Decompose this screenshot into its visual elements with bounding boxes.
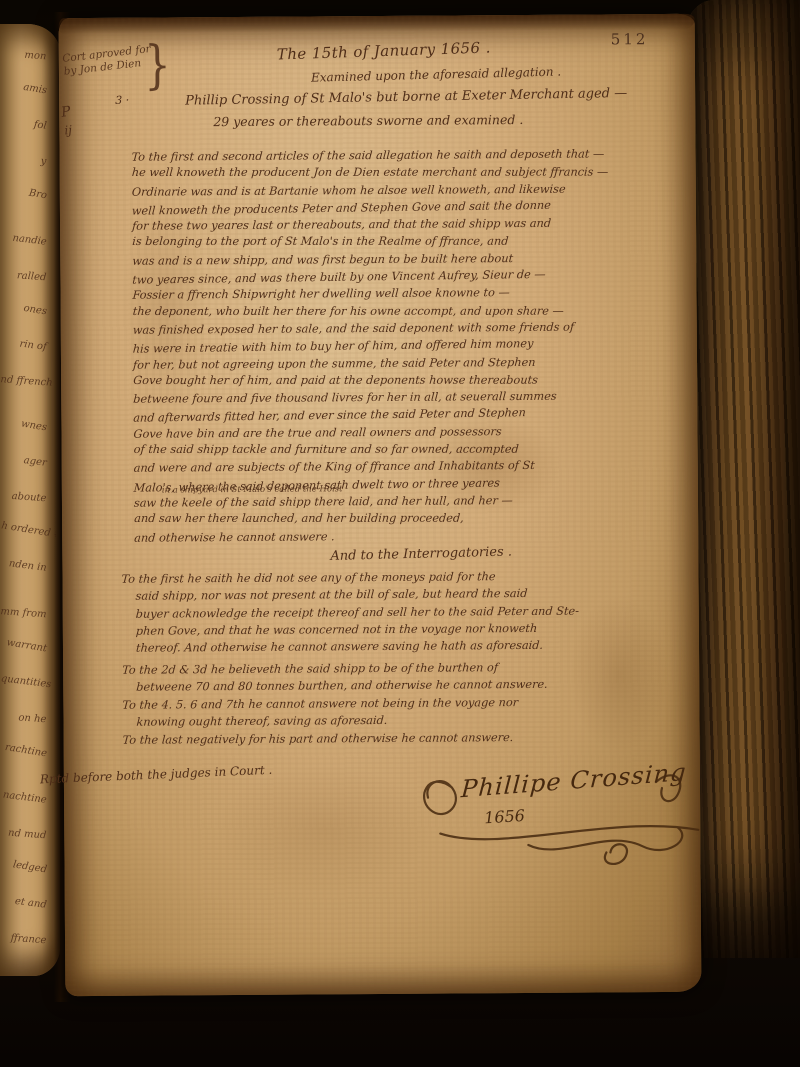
interrogatories-heading: And to the Interrogatories . [330, 544, 512, 563]
manuscript-line: Gove have bin and are the true and reall… [133, 422, 690, 443]
text-fragment: mm from [0, 606, 56, 630]
text-fragment: h ordered # [0, 520, 56, 549]
date-heading: The 15th of January 1656 . [277, 38, 491, 63]
text-fragment: nachtine [0, 789, 56, 816]
manuscript-line: is belonging to the port of St Malo's in… [132, 233, 689, 251]
text-fragment: y [0, 153, 56, 177]
margin-note: Cort aproved for by Jon de Dien [62, 43, 153, 79]
text-fragment: mon [0, 52, 56, 72]
manuscript-photo: monamisfolyBronandieralledonesrin ofnd f… [0, 0, 800, 1067]
text-fragment: nd mud [0, 827, 56, 851]
manuscript-line: and otherwise he cannot answere . [134, 525, 691, 546]
text-fragment: rin of [0, 336, 56, 363]
margin-mark: P [60, 104, 72, 121]
text-fragment: fol [0, 115, 56, 142]
text-fragment: ralled [0, 269, 56, 293]
facing-page-edge: monamisfolyBronandieralledonesrin ofnd f… [0, 24, 60, 976]
facing-page-text-fragments: monamisfolyBronandieralledonesrin ofnd f… [0, 52, 56, 972]
margin-brace: } [144, 35, 171, 95]
manuscript-line: and saw her there launched, and her buil… [134, 510, 691, 528]
text-fragment: et and [0, 894, 56, 921]
text-fragment: wnes [0, 415, 56, 444]
manuscript-line: he well knoweth the producent Jon de Die… [131, 164, 688, 182]
text-fragment: aboute [0, 490, 56, 514]
text-fragment: Bro [0, 183, 56, 212]
text-fragment: ager [0, 452, 56, 479]
manuscript-line: thereof. And otherwise he cannot answere… [135, 636, 692, 657]
margin-mark: ij [64, 123, 73, 138]
burned-top-edge [59, 14, 695, 34]
interrogatory-answer-2: To the 2d & 3d he believeth the said shi… [136, 658, 692, 696]
text-fragment: quantities [0, 673, 56, 700]
interrogatory-answer-1: To the first he saith he did not see any… [135, 567, 692, 657]
text-fragment: amis [0, 78, 56, 107]
text-fragment: nandie [0, 231, 56, 258]
signature-year: 1656 [484, 806, 526, 827]
paper-stain [214, 764, 435, 896]
margin-mark: 3 · [115, 94, 129, 107]
text-fragment: ones [0, 299, 56, 328]
manuscript-line: the deponent, who built her there for hi… [132, 302, 689, 320]
manuscript-line: To the last negatively for his part and … [122, 728, 693, 749]
text-fragment: on he [0, 711, 56, 735]
text-fragment: nd ffrench [0, 374, 56, 398]
repeated-in-court-note: Rptd before both the judges in Court . [40, 763, 273, 787]
examined-heading: Examined upon the aforesaid allegation . [311, 65, 561, 85]
text-fragment: nden in [0, 557, 56, 584]
deponent-intro-line: 29 yeares or thereabouts sworne and exam… [213, 112, 523, 129]
deponent-intro-line: Phillip Crossing of St Malo's but borne … [185, 86, 627, 109]
interlined-insertion: in a shipyard in St Malo's called the Ho… [162, 484, 343, 495]
interrogatory-answer-3: To the 4. 5. 6 and 7th he cannot answere… [136, 693, 692, 731]
text-fragment: rachtine [0, 741, 56, 770]
text-fragment: ledged [0, 857, 56, 886]
page-number: 512 [611, 30, 649, 48]
interrogatory-answer-4: To the last negatively for his part and … [137, 728, 693, 749]
manuscript-line: Fossier a ffrench Shipwright her dwellin… [132, 283, 689, 304]
text-fragment: ffrance [0, 932, 56, 956]
manuscript-page: 512 Cort aproved for by Jon de Dien } P … [59, 14, 702, 996]
manuscript-line: for her, but not agreeing upon the summe… [132, 352, 689, 373]
text-fragment: warrant [0, 636, 56, 665]
